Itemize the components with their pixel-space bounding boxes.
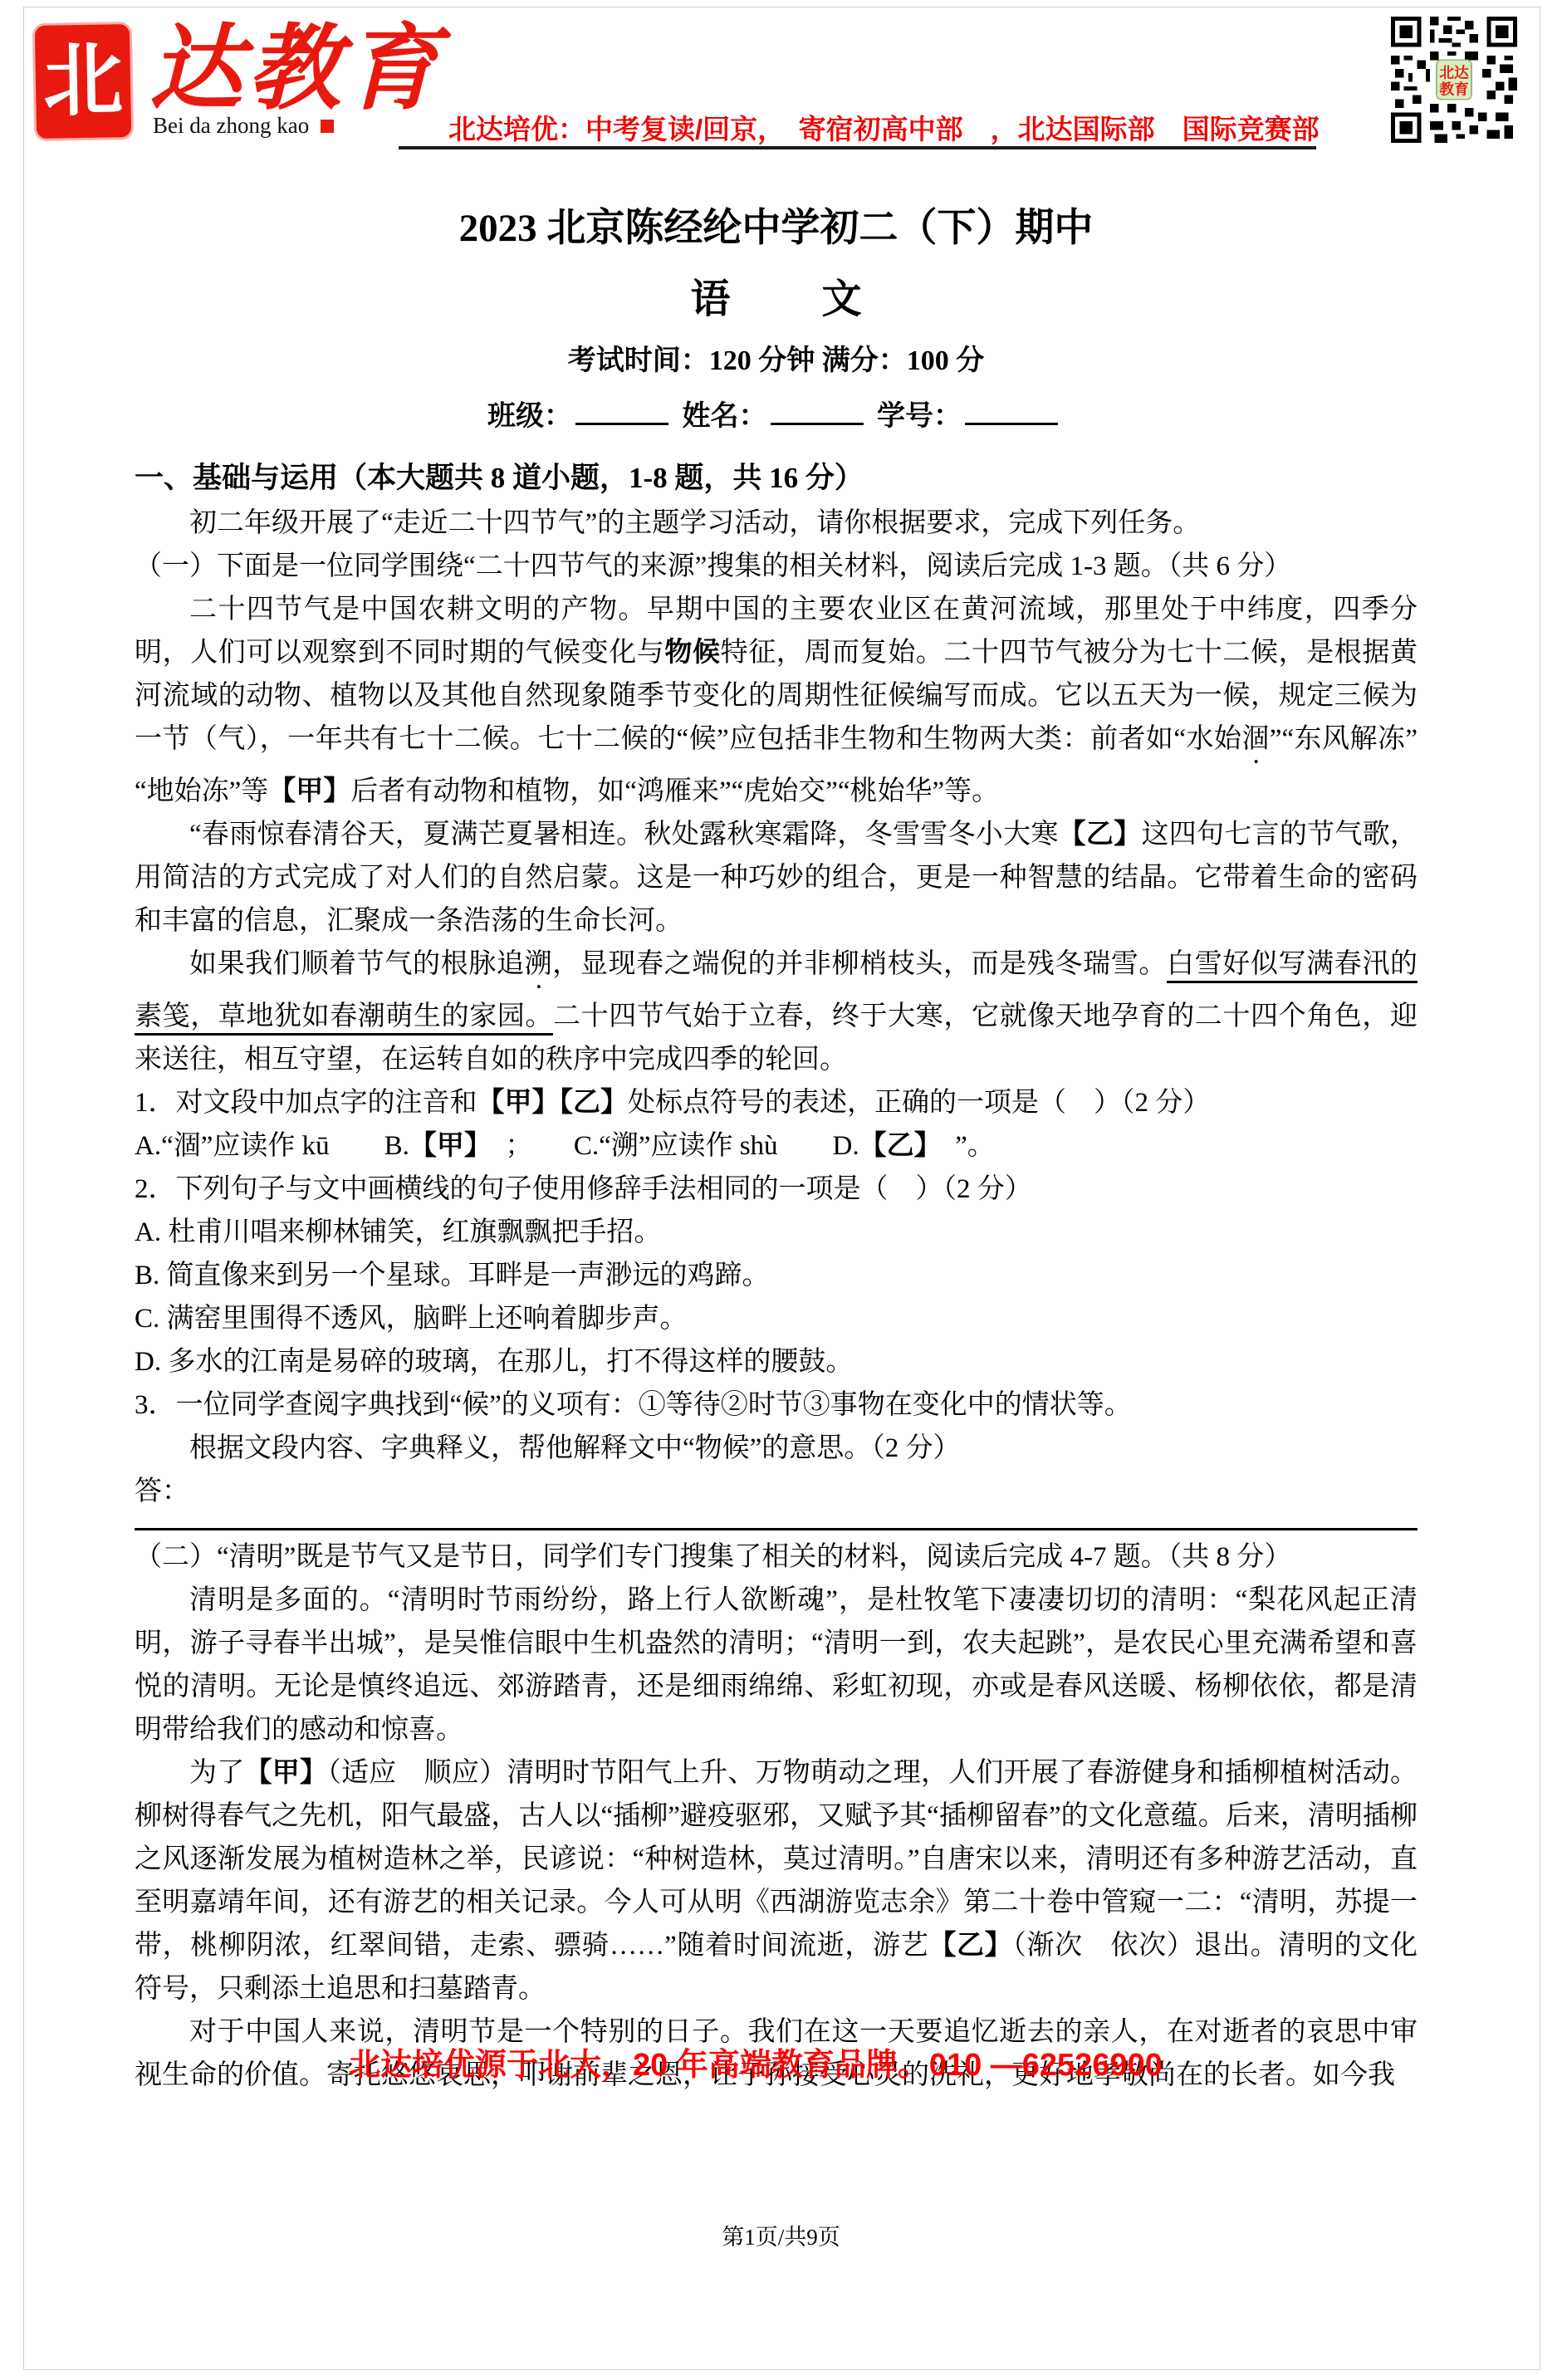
question-2-stem: 2．下列句子与文中画横线的句子使用修辞手法相同的一项是（ ）（2 分） [135, 1168, 1418, 1211]
name-blank-field [771, 395, 864, 425]
question-3-instruction: 根据文段内容、字典释义，帮他解释文中“物候”的意思。（2 分） [135, 1427, 1418, 1470]
section1-intro: 初二年级开展了“走近二十四节气”的主题学习活动，请你根据要求，完成下列任务。 [135, 502, 1418, 545]
name-label: 姓名： [683, 401, 767, 432]
bold-bracket-yi: 【乙】 [928, 1931, 1012, 1961]
text-run: ； C.“溯”应读作 shù D. [477, 1131, 859, 1161]
bold-term-wuhou: 物候 [664, 638, 720, 668]
qr-center-label: 北达 [1439, 63, 1469, 81]
page-number: 第1页/共9页 [0, 2219, 1562, 2251]
seal-character: 北 [42, 41, 124, 122]
exam-info: 考试时间：120 分钟 满分：100 分 [135, 341, 1418, 380]
exam-title: 2023 北京陈经纶中学初二（下）期中 [135, 203, 1418, 253]
dotted-char-su: 溯 [525, 949, 553, 979]
class-blank-field [575, 395, 668, 425]
class-label: 班级： [487, 401, 572, 432]
text-run: 1．对文段中加点字的注音和 [135, 1088, 477, 1118]
subject-title: 语文 [135, 275, 1418, 325]
text-run: ”。 [928, 1131, 995, 1161]
bold-brackets: 【甲】【乙】 [477, 1088, 629, 1118]
text-run: “春雨惊春清谷天，夏满芒夏暑相连。秋处露秋寒霜降，冬雪雪冬小大寒 [189, 820, 1059, 850]
red-watermark-text: 北达培优源于北大，20 年高端教育品牌。010 —62526900 [349, 2039, 1163, 2084]
part2-paragraph-1: 清明是多面的。“清明时节雨纷纷，路上行人欲断魂”，是杜牧笔下凄凄切切的清明：“梨… [135, 1579, 1418, 1751]
header-tagline: 北达培优：中考复读/回京， 寄宿初高中部 ，北达国际部 国际竞赛部 [448, 108, 1329, 147]
subject-char-right: 文 [822, 277, 862, 321]
student-info-row: 班级： 姓名： 学号： [135, 395, 1418, 437]
question-2-option-a: A. 杜甫川唱来柳林铺笑，红旗飘飘把手招。 [135, 1211, 1418, 1254]
answer-label: 答： [135, 1470, 1418, 1513]
text-run: 后者有动物和植物，如“鸿雁来”“虎始交”“桃始华”等。 [350, 776, 999, 806]
text-run: 处标点符号的表述，正确的一项是（ ）（2 分） [628, 1088, 1210, 1118]
bold-bracket-jia: 【甲】 [409, 1131, 478, 1161]
part2-paragraph-2: 为了【甲】（适应 顺应）清明时节阳气上升、万物萌动之理，人们开展了春游健身和插柳… [135, 1751, 1418, 2010]
bold-bracket-jia: 【甲】 [268, 776, 350, 806]
question-1-stem: 1．对文段中加点字的注音和【甲】【乙】处标点符号的表述，正确的一项是（ ）（2 … [135, 1081, 1418, 1124]
question-2-option-c: C. 满窑里围得不透风，脑畔上还响着脚步声。 [135, 1297, 1418, 1340]
text-run: 为了 [189, 1758, 244, 1788]
question-1-options: A.“涸”应读作 kū B.【甲】 ； C.“溯”应读作 shù D.【乙】 ”… [135, 1124, 1418, 1168]
material-paragraph-1: 二十四节气是中国农耕文明的产物。早期中国的主要农业区在黄河流域，那里处于中纬度，… [135, 588, 1418, 813]
part2-intro: （二）“清明”既是节气又是节日，同学们专门搜集了相关的材料，阅读后完成 4-7 … [135, 1535, 1418, 1579]
brand-calligraphy: 达教育 [149, 23, 424, 116]
section-divider-line [135, 1528, 1418, 1530]
red-square-icon [321, 120, 334, 133]
text-run: ，显现春之端倪的并非柳梢枝头，而是残冬瑞雪。 [552, 949, 1167, 979]
text-run: 如果我们顺着节气的根脉追 [189, 949, 525, 979]
question-2-option-d: D. 多水的江南是易碎的玻璃，在那儿，打不得这样的腰鼓。 [135, 1340, 1418, 1383]
material-paragraph-3: 如果我们顺着节气的根脉追溯，显现春之端倪的并非柳梢枝头，而是残冬瑞雪。白雪好似写… [135, 943, 1418, 1081]
brand-seal-logo: 北 [35, 24, 131, 139]
svg-text:教育: 教育 [1439, 80, 1469, 97]
brand-subtitle-text: Bei da zhong kao [153, 113, 309, 138]
section1-heading: 一、基础与运用（本大题共 8 道小题，1-8 题，共 16 分） [135, 455, 1418, 502]
part1-intro: （一）下面是一位同学围绕“二十四节气的来源”搜集的相关材料，阅读后完成 1-3 … [135, 545, 1418, 588]
dotted-char-he: 涸 [1241, 724, 1269, 754]
question-3-stem: 3．一位同学查阅字典找到“候”的义项有：①等待②时节③事物在变化中的情状等。 [135, 1383, 1418, 1427]
text-run: A.“涸”应读作 kū B. [135, 1131, 409, 1161]
exam-content: 2023 北京陈经纶中学初二（下）期中 语文 考试时间：120 分钟 满分：10… [135, 203, 1418, 2097]
bold-bracket-yi: 【乙】 [1059, 820, 1142, 850]
question-2-option-b: B. 简直像来到另一个星球。耳畔是一声渺远的鸡蹄。 [135, 1254, 1418, 1297]
header-rule [399, 146, 1316, 149]
student-id-label: 学号： [877, 401, 962, 432]
qr-code-icon: 北达 教育 [1391, 13, 1517, 146]
brand-subtitle: Bei da zhong kao [153, 113, 334, 139]
student-id-blank-field [965, 395, 1058, 425]
bold-bracket-yi: 【乙】 [859, 1131, 928, 1161]
bold-bracket-jia: 【甲】 [244, 1758, 327, 1788]
exam-paper-page: 北 达教育 Bei da zhong kao 北达培优：中考复读/回京， 寄宿初… [0, 0, 1562, 2380]
material-paragraph-2: “春雨惊春清谷天，夏满芒夏暑相连。秋处露秋寒霜降，冬雪雪冬小大寒【乙】这四句七言… [135, 813, 1418, 943]
subject-char-left: 语 [690, 277, 730, 321]
